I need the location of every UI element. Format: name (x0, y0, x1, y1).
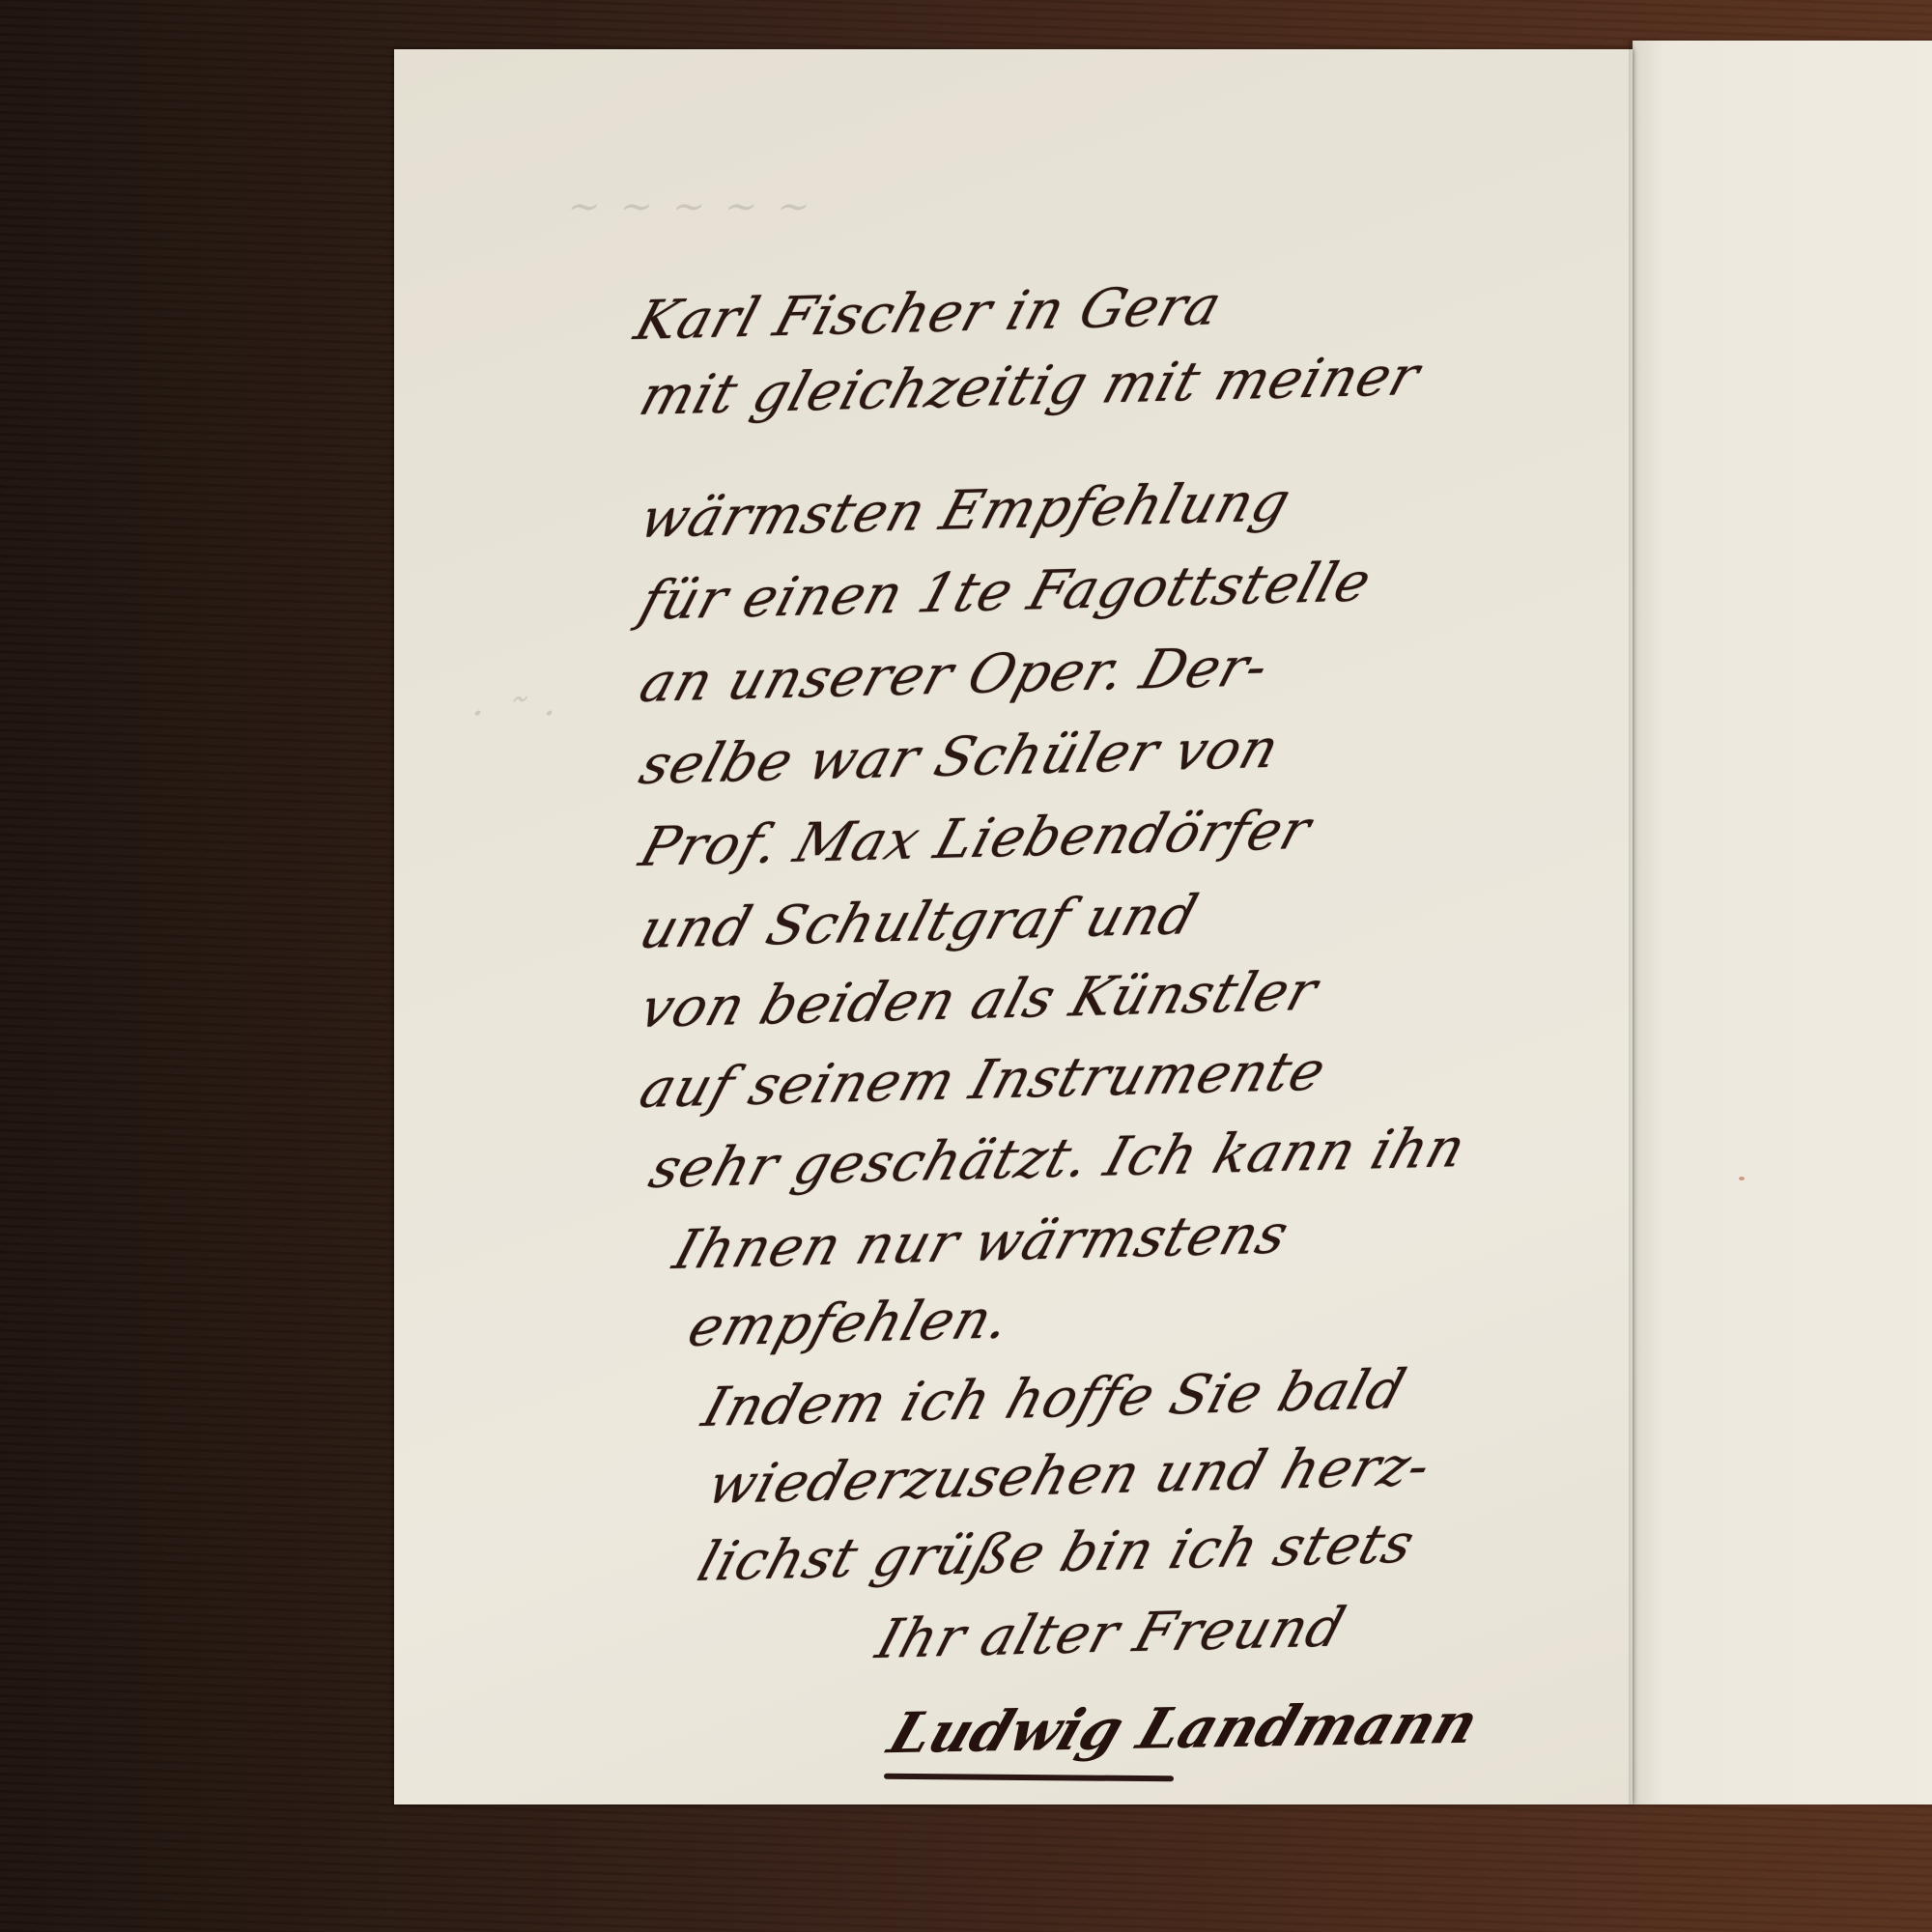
letter-line: mit gleichzeitig mit meiner (633, 345, 1428, 428)
letter-line: sehr geschätzt. Ich kann ihn (642, 1117, 1473, 1201)
letter-line: wiederzusehen und herz- (700, 1435, 1438, 1517)
letter-line: und Schultgraf und (633, 884, 1206, 961)
letter-line: für einen 1te Fagottstelle (633, 551, 1378, 633)
letter-signature: Ludwig Landmann (880, 1690, 1487, 1766)
letter-line: Indem ich hoffe Sie bald (696, 1358, 1413, 1439)
letter-line: empfehlen. (681, 1288, 1018, 1359)
letter-line: selbe war Schüler von (633, 718, 1287, 797)
letter-line: an unserer Oper. Der- (633, 636, 1276, 715)
letter-text: Karl Fischer in Gera mit gleichzeitig mi… (0, 0, 1932, 1932)
letter-line: von beiden als Künstler (633, 960, 1325, 1040)
letter-line: Prof. Max Liebendörfer (633, 799, 1319, 879)
letter-line: Karl Fischer in Gera (628, 274, 1229, 353)
letter-line: Ihnen nur wärmstens (667, 1204, 1296, 1282)
letter-line: lichst grüße bin ich stets (691, 1513, 1422, 1594)
letter-line: auf seinem Instrumente (633, 1040, 1333, 1121)
letter-closing: Ihr alter Freund (869, 1597, 1352, 1671)
letter-line: wärmsten Empfehlung (633, 471, 1298, 551)
